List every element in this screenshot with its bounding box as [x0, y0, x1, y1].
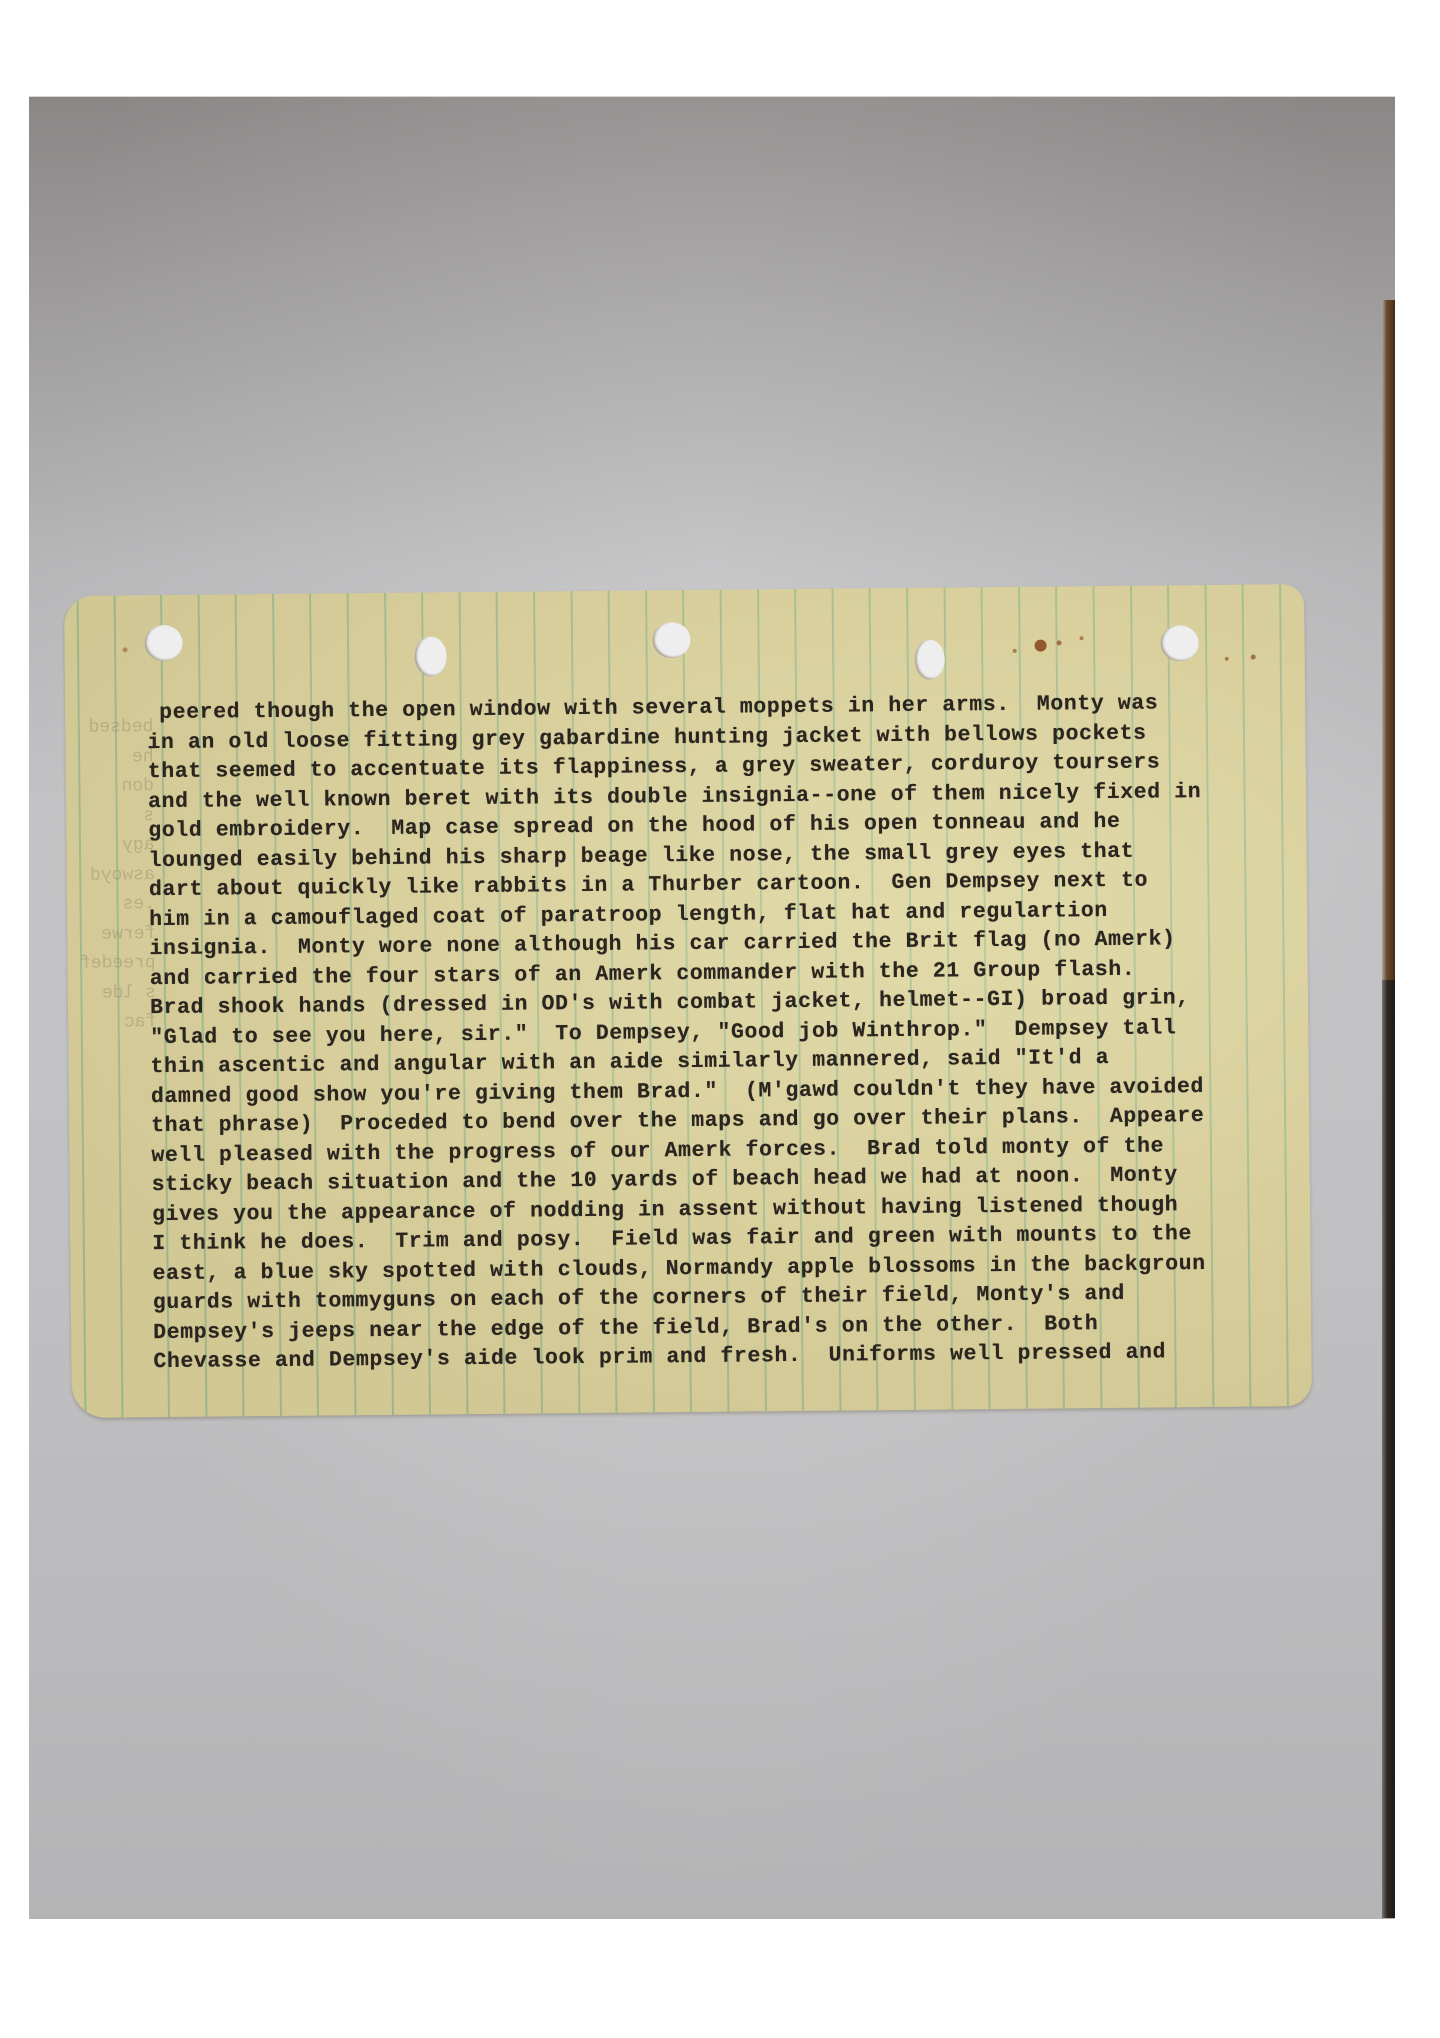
show-through-fragment: s	[78, 802, 154, 832]
rust-stain	[1035, 640, 1047, 652]
show-through-fragment: aswoyd	[79, 861, 155, 891]
typed-text: peered though the open window with sever…	[147, 689, 1207, 1378]
show-through-fragment: fac	[80, 1008, 156, 1038]
binder-edge-shadow	[1382, 980, 1395, 1918]
rust-stain	[123, 647, 128, 652]
show-through-fragment: s lde	[80, 979, 156, 1009]
show-through-fragment: ferwe	[80, 920, 156, 950]
rust-stain	[1057, 640, 1062, 645]
rust-stain	[1225, 657, 1229, 661]
punch-hole	[652, 622, 690, 658]
show-through-text: bedsedhedonsagyaswoyd.esferwepreedefs ld…	[78, 713, 157, 1038]
show-through-fragment: agy	[79, 831, 155, 861]
index-card: bedsedhedonsagyaswoyd.esferwepreedefs ld…	[64, 584, 1312, 1418]
show-through-fragment: .es	[79, 890, 155, 920]
rust-stain	[1080, 636, 1084, 640]
show-through-fragment: don	[78, 772, 154, 802]
show-through-fragment: bedsed	[78, 713, 154, 743]
show-through-fragment: he	[78, 743, 154, 773]
show-through-fragment: preedef	[80, 949, 156, 979]
punch-hole	[414, 636, 446, 676]
rust-stain	[1251, 655, 1256, 660]
rust-stain	[1013, 649, 1017, 653]
punch-hole	[1160, 625, 1198, 661]
punch-hole	[915, 640, 945, 680]
punch-hole	[144, 625, 182, 661]
